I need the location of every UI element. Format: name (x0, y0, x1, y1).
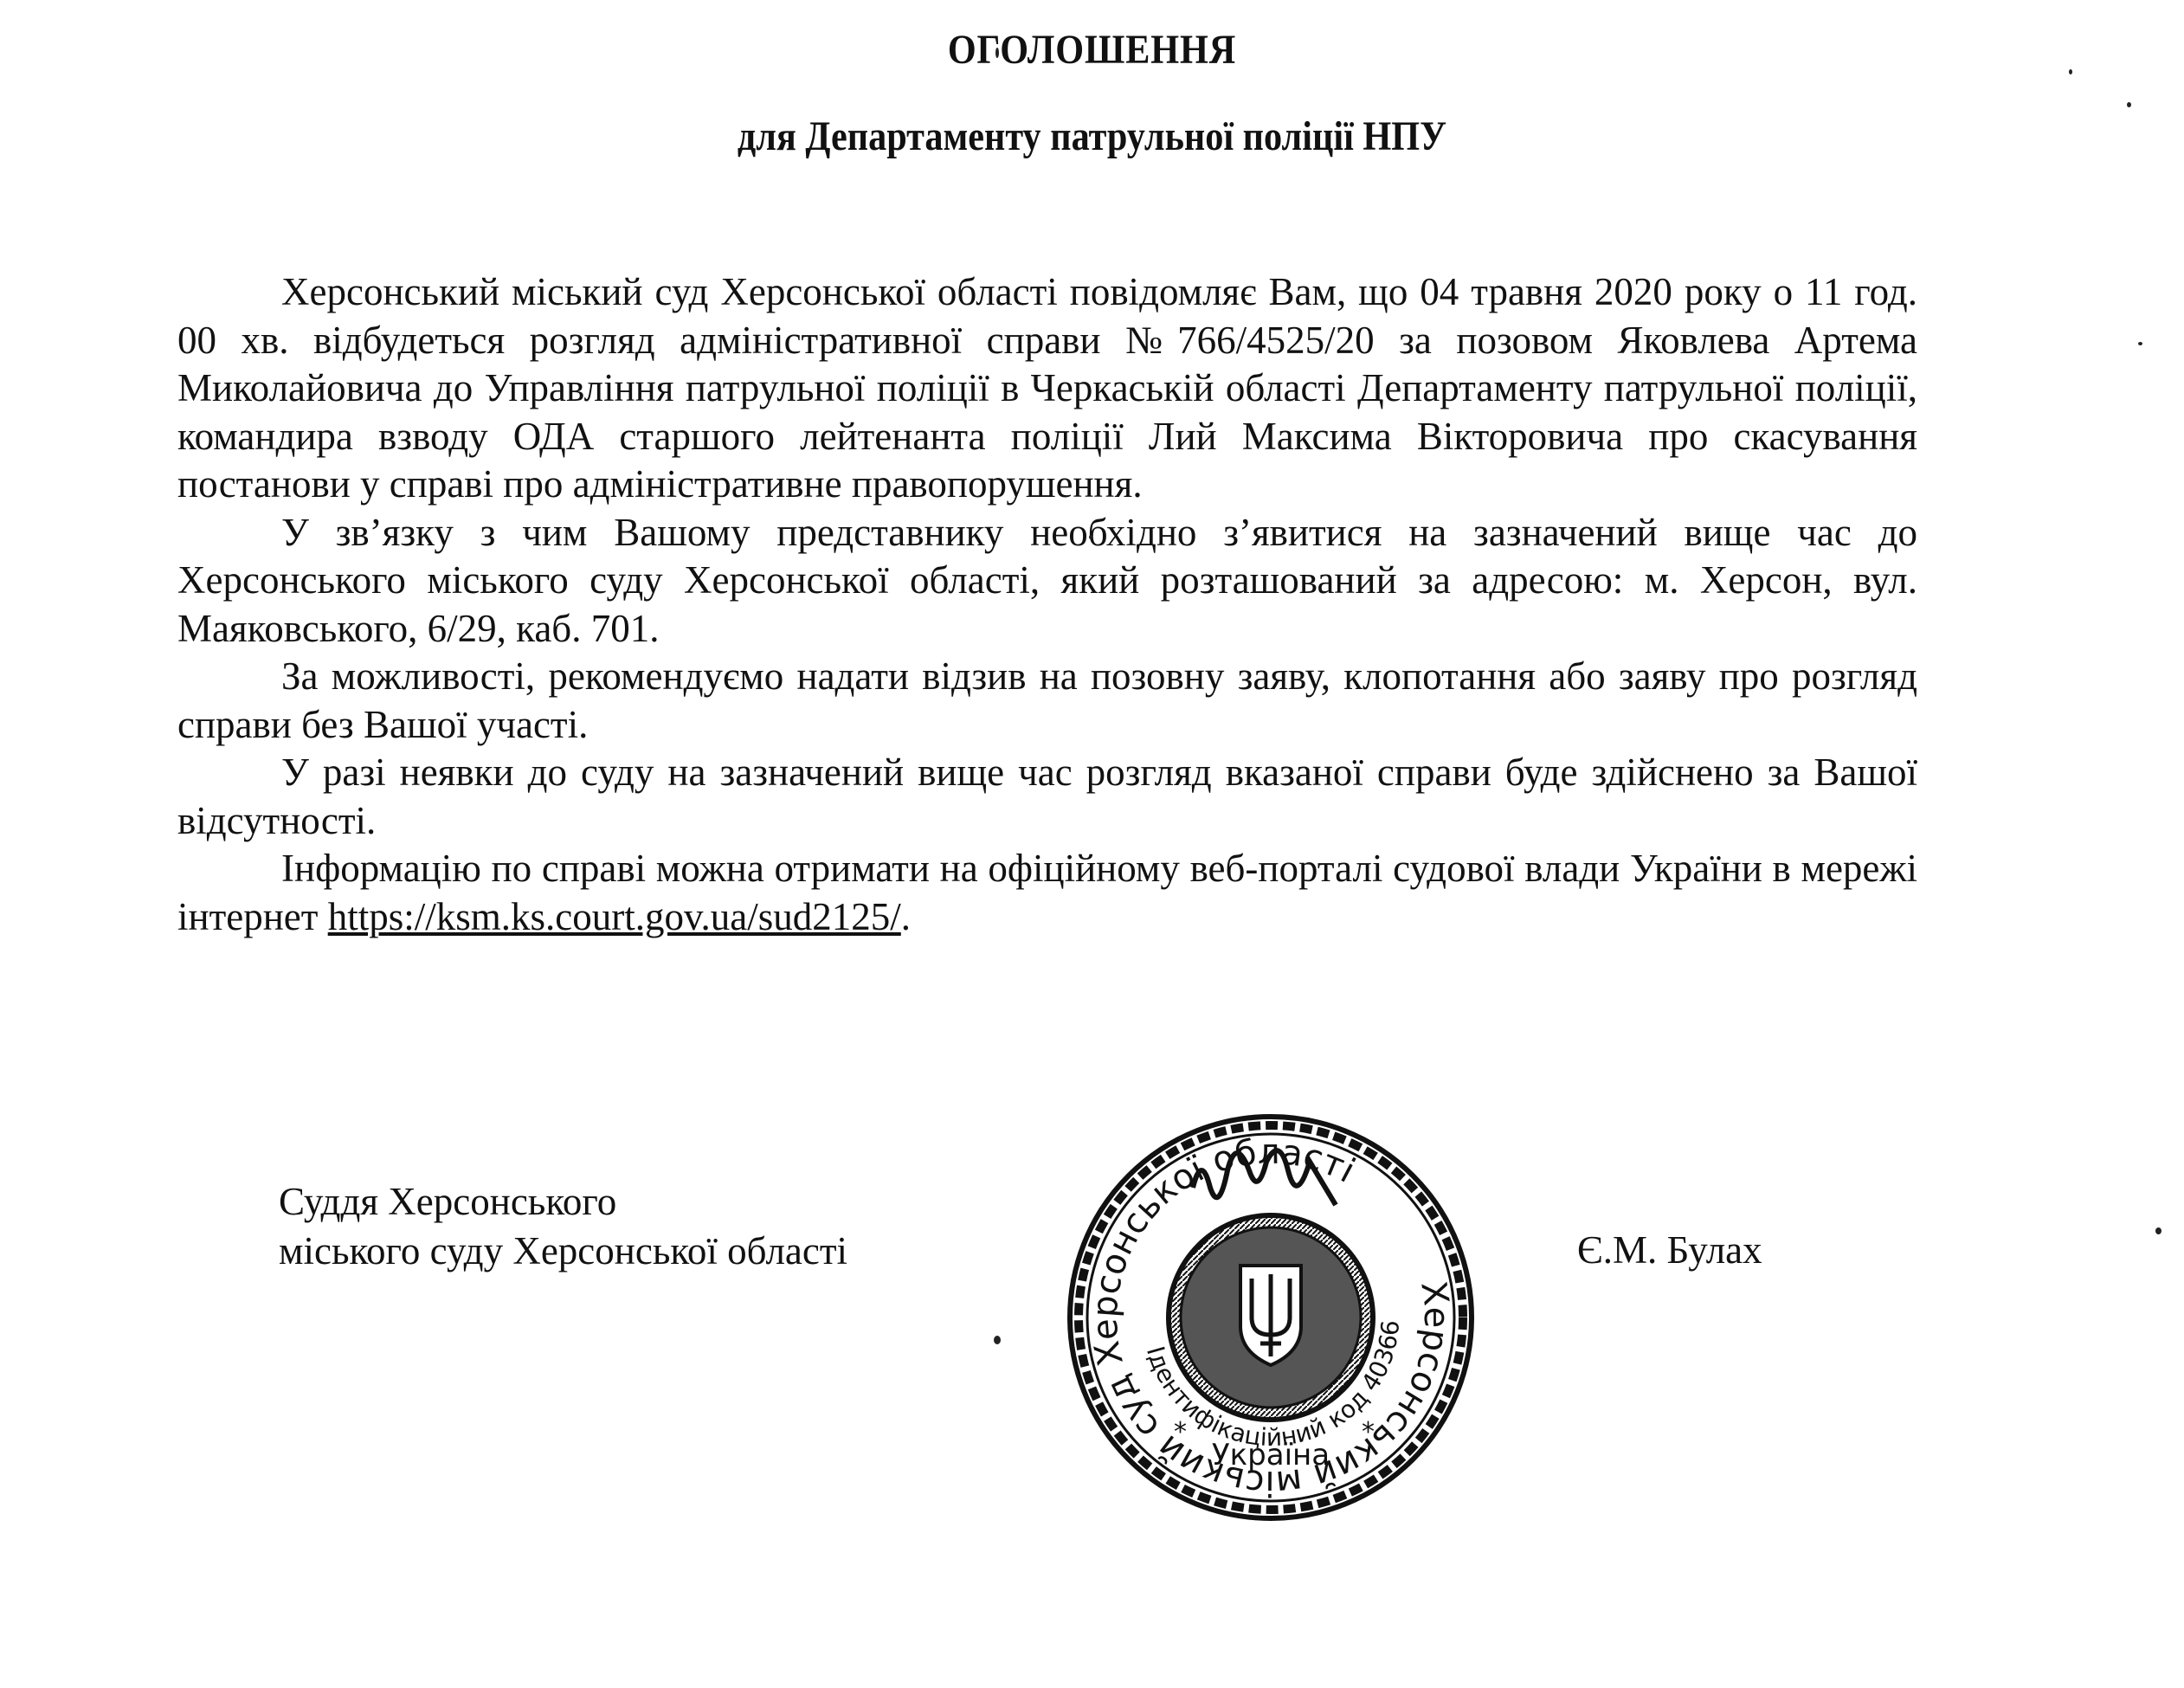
scan-speck (994, 1336, 1001, 1344)
scan-speck (1089, 535, 1092, 539)
scan-speck (2127, 102, 2131, 107)
info-end: . (901, 895, 911, 938)
paragraph-appearance: У зв’язку з чим Вашому представнику необ… (177, 509, 1917, 654)
scan-speck (2155, 1227, 2161, 1234)
stamp-bottom-text: Україна (1212, 1438, 1330, 1472)
scan-speck (2069, 69, 2072, 74)
court-portal-link[interactable]: https://ksm.ks.court.gov.ua/sud2125/ (328, 895, 901, 938)
document-title: ОГОЛОШЕННЯ (131, 26, 2052, 74)
paragraph-absence: У разі неявки до суду на зазначений вище… (177, 749, 1917, 845)
judge-position-line1: Суддя Херсонського (279, 1177, 847, 1227)
paragraph-hearing-notice: Херсонський міський суд Херсонської обла… (177, 268, 1917, 509)
scan-speck (2138, 342, 2142, 345)
scan-speck (995, 48, 999, 58)
judge-position-line2: міського суду Херсонської області (279, 1227, 847, 1276)
paragraph-recommendation: За можливості, рекомендуємо надати відзи… (177, 653, 1917, 749)
svg-text:*: * (1174, 1417, 1187, 1447)
court-stamp-icon: Херсонський міський суд Херсонської обла… (1063, 1110, 1479, 1525)
judge-position: Суддя Херсонського міського суду Херсонс… (279, 1177, 847, 1276)
document-subtitle: для Департаменту патрульної поліції НПУ (131, 113, 2052, 160)
document-body: Херсонський міський суд Херсонської обла… (177, 268, 1917, 941)
judge-name: Є.М. Булах (1577, 1227, 1762, 1272)
document-page: ОГОЛОШЕННЯ для Департаменту патрульної п… (0, 0, 2184, 1688)
svg-text:*: * (1362, 1417, 1375, 1447)
paragraph-info: Інформацію по справі можна отримати на о… (177, 845, 1917, 941)
